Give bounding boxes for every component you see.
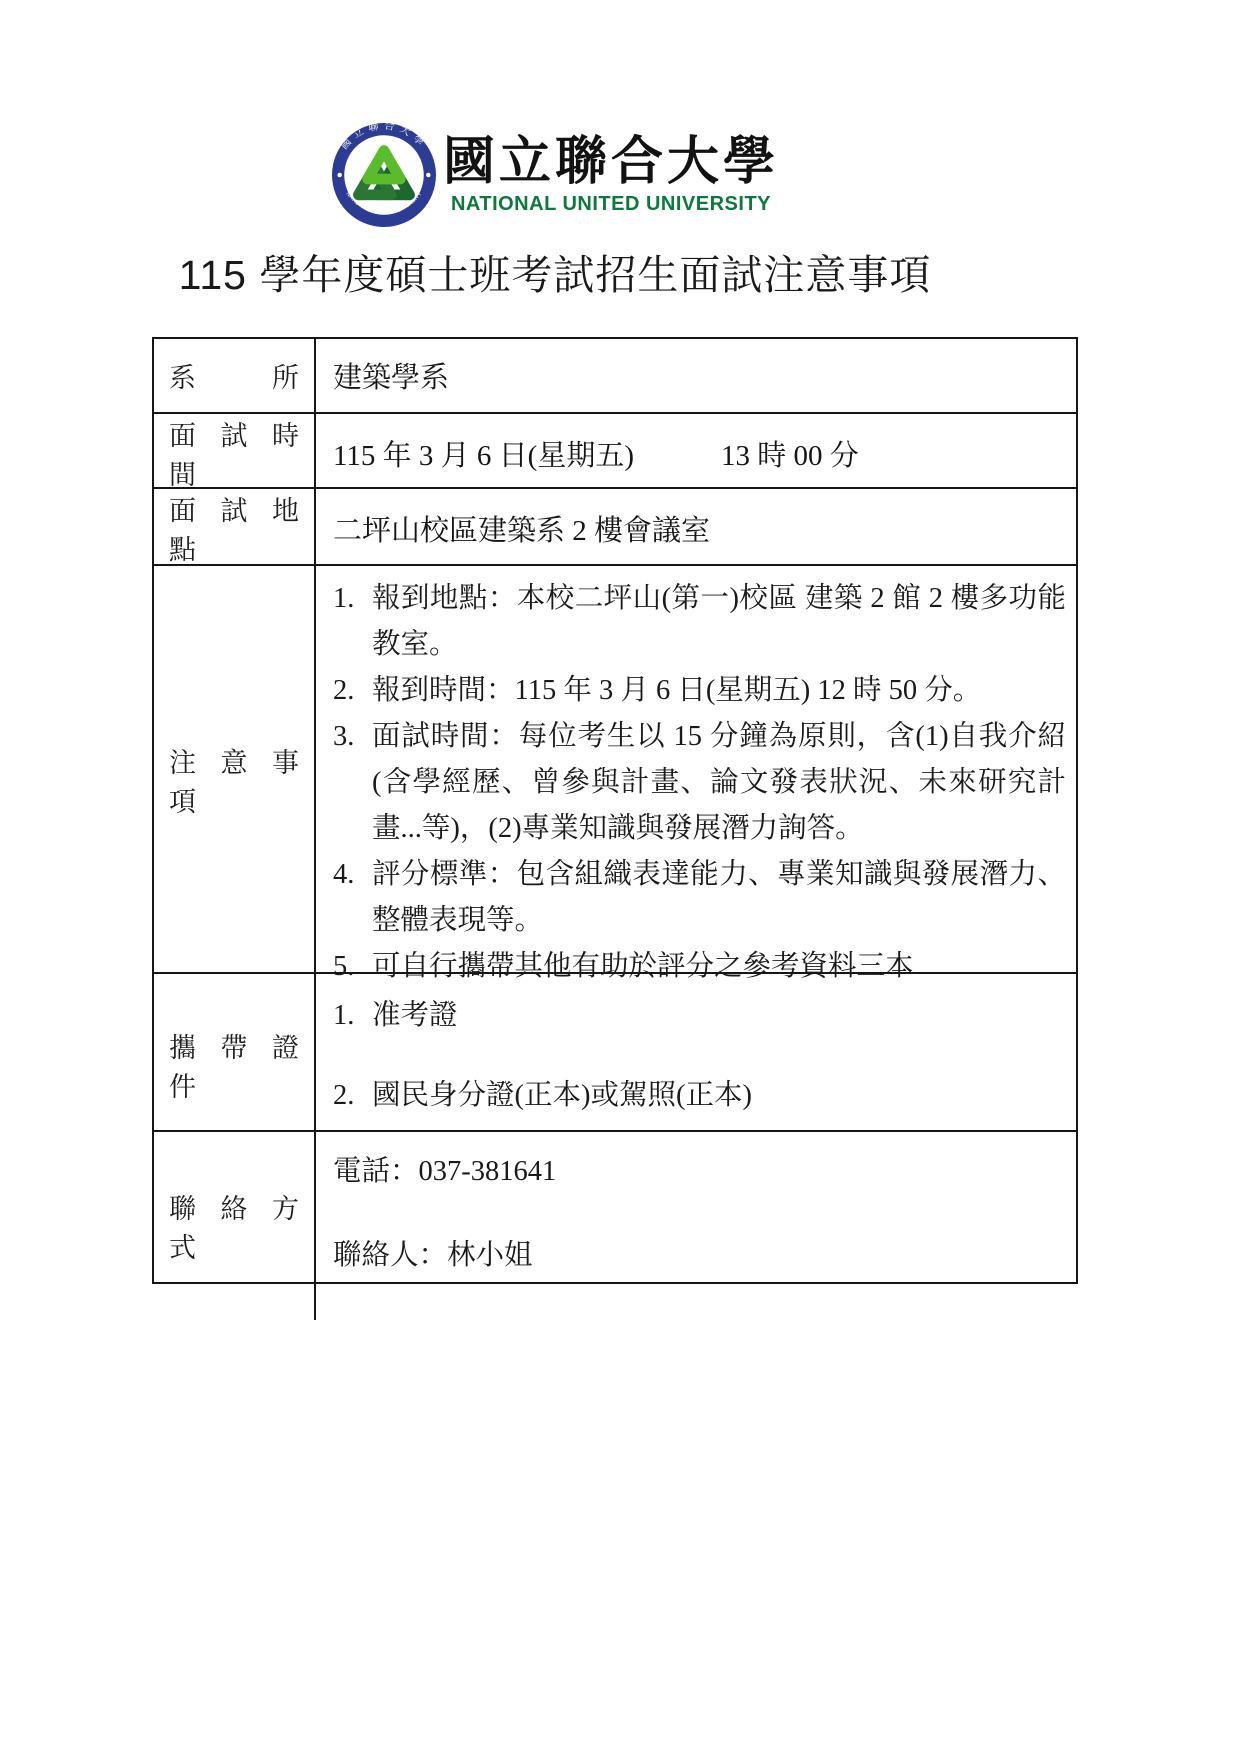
row-label-notes: 注 意 事 項 [154, 566, 316, 994]
interview-info-table: 系 所 建築學系 面 試 時 間 115 年 3 月 6 日(星期五) 13 時… [152, 337, 1078, 1284]
note-text: 評分標準：包含組織表達能力、專業知識與發展潛力、整體表現等。 [372, 859, 1066, 936]
row-label-text: 攜 帶 證 件 [169, 1026, 299, 1104]
university-name-chinese: 國立聯合大學 [443, 134, 779, 191]
note-text: 面試時間：每位考生以 15 分鐘為原則，含(1)自我介紹(含學經歷、曾參與計畫、… [372, 721, 1066, 844]
document-number: 1. [333, 996, 354, 1036]
document-header: 國立聯合大學 NATIONAL UNITED UNIVERSITY 國立聯合大學… [92, 0, 1018, 301]
row-label-text: 面 試 時 間 [169, 414, 299, 492]
note-number: 3. [333, 714, 354, 760]
contact-info: 電話：037-381641 聯絡人：林小姐 [316, 1132, 1076, 1320]
contact-person: 聯絡人：林小姐 [333, 1236, 1066, 1276]
table-row-interview-time: 面 試 時 間 115 年 3 月 6 日(星期五) 13 時 00 分 [154, 412, 1076, 487]
university-logo: 國立聯合大學 NATIONAL UNITED UNIVERSITY 國立聯合大學… [92, 122, 1018, 228]
note-text: 報到地點：本校二坪山(第一)校區 建築 2 館 2 樓多功能教室。 [372, 583, 1066, 660]
row-label-department: 系 所 [154, 339, 316, 412]
note-number: 2. [333, 668, 354, 714]
table-row-department: 系 所 建築學系 [154, 339, 1076, 412]
documents-list: 1. 准考證 2. 國民身分證(正本)或駕照(正本) [316, 974, 1076, 1156]
row-label-text: 注 意 事 項 [169, 741, 299, 819]
note-item-3: 3. 面試時間：每位考生以 15 分鐘為原則，含(1)自我介紹(含學經歷、曾參與… [328, 714, 1066, 852]
document-text: 准考證 [372, 1000, 458, 1031]
note-item-5: 5. 可自行攜帶其他有助於評分之參考資料三本 [328, 944, 1066, 990]
document-item-1: 1. 准考證 [328, 996, 1066, 1036]
row-label-interview-time: 面 試 時 間 [154, 414, 316, 492]
row-label-text: 聯 絡 方 式 [169, 1187, 299, 1265]
interview-time-value: 115 年 3 月 6 日(星期五) 13 時 00 分 [316, 414, 1076, 492]
document-text: 國民身分證(正本)或駕照(正本) [372, 1080, 752, 1111]
university-emblem-icon: 國立聯合大學 NATIONAL UNITED UNIVERSITY [331, 122, 437, 228]
interview-location-value: 二坪山校區建築系 2 樓會議室 [316, 489, 1076, 567]
contact-phone: 電話：037-381641 [333, 1152, 1066, 1192]
note-text: 可自行攜帶其他有助於評分之參考資料三本 [372, 951, 914, 982]
table-row-notes: 注 意 事 項 1. 報到地點：本校二坪山(第一)校區 建築 2 館 2 樓多功… [154, 564, 1076, 972]
row-label-text: 面 試 地 點 [169, 489, 299, 567]
document-item-2: 2. 國民身分證(正本)或駕照(正本) [328, 1076, 1066, 1116]
table-row-documents-to-bring: 攜 帶 證 件 1. 准考證 2. 國民身分證(正本)或駕照(正本) [154, 972, 1076, 1130]
university-name-english: NATIONAL UNITED UNIVERSITY [451, 193, 771, 216]
note-item-1: 1. 報到地點：本校二坪山(第一)校區 建築 2 館 2 樓多功能教室。 [328, 576, 1066, 668]
note-text: 報到時間：115 年 3 月 6 日(星期五) 12 時 50 分。 [372, 675, 981, 706]
table-row-contact: 聯 絡 方 式 電話：037-381641 聯絡人：林小姐 [154, 1130, 1076, 1282]
note-item-4: 4. 評分標準：包含組織表達能力、專業知識與發展潛力、整體表現等。 [328, 852, 1066, 944]
department-value: 建築學系 [316, 339, 1076, 412]
document-number: 2. [333, 1076, 354, 1116]
row-label-documents: 攜 帶 證 件 [154, 974, 316, 1156]
note-item-2: 2. 報到時間：115 年 3 月 6 日(星期五) 12 時 50 分。 [328, 668, 1066, 714]
notes-list: 1. 報到地點：本校二坪山(第一)校區 建築 2 館 2 樓多功能教室。 2. … [316, 566, 1076, 994]
row-label-interview-location: 面 試 地 點 [154, 489, 316, 567]
emblem-left-dot [337, 173, 341, 177]
table-row-interview-location: 面 試 地 點 二坪山校區建築系 2 樓會議室 [154, 487, 1076, 564]
row-label-text: 系 所 [169, 356, 299, 395]
note-number: 4. [333, 852, 354, 898]
row-label-contact: 聯 絡 方 式 [154, 1132, 316, 1320]
emblem-right-dot [426, 173, 430, 177]
note-number: 5. [333, 944, 354, 990]
university-logo-text: 國立聯合大學 NATIONAL UNITED UNIVERSITY [443, 134, 779, 216]
note-number: 1. [333, 576, 354, 622]
page-title: 115 學年度碩士班考試招生面試注意事項 [92, 242, 1018, 301]
